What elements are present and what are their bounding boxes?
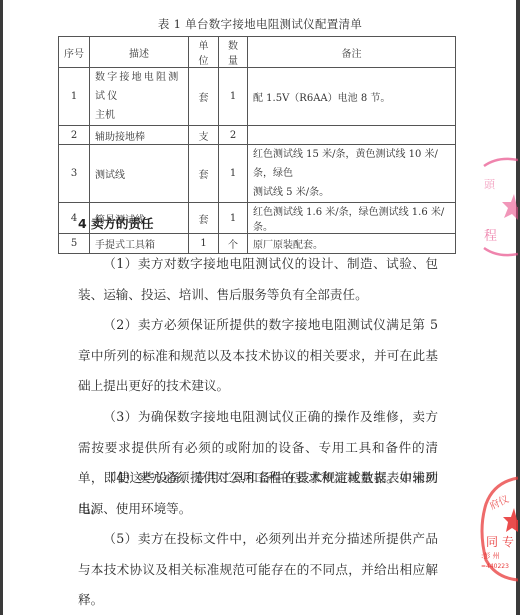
cell-quantity: 1 [219,203,248,234]
cell-remarks: 红色测试线 15 米/条，黄色测试线 10 米/条，绿色测试线 5 米/条。 [248,145,456,203]
cell-description: 数字接地电阻测试仪主机 [90,68,189,126]
cell-remarks [248,126,456,145]
cell-unit: 支 [189,126,219,145]
table-row: 1 数字接地电阻测试仪主机 套 1 配 1.5V（R6AA）电池 8 节。 [59,68,456,126]
cell-description: 测试线 [90,145,189,203]
remarks-line: 测试线 5 米/条。 [253,187,329,198]
cell-unit: 套 [189,68,219,126]
table-header-row: 序号 描述 单位 数量 备注 [59,37,456,68]
scan-edge-left [0,0,3,615]
header-quantity: 数量 [219,37,248,68]
cell-unit: 套 [189,203,219,234]
paragraph-2: （2）卖方必须保证所提供的数字接地电阻测试仪满足第 5 章中所列的标准和规范以及… [78,310,438,402]
cell-quantity: 1 [219,145,248,203]
svg-text:=440223: =440223 [481,563,509,570]
svg-text:府仪: 府仪 [487,492,511,512]
scan-edge-right [516,0,520,615]
table-title: 表 1 单台数字接地电阻测试仪配置清单 [0,16,520,32]
cell-unit: 套 [189,145,219,203]
section-heading: 4 卖方的责任 [78,214,154,232]
desc-line: 主机 [95,110,115,121]
cell-remarks: 配 1.5V（R6AA）电池 8 节。 [248,68,456,126]
cell-no: 2 [59,126,90,145]
company-seal-upper-icon: 頭 程 [478,152,518,262]
cell-no: 1 [59,68,90,126]
paragraph-1: （1）卖方对数字接地电阻测试仪的设计、制造、试验、包装、运输、投运、培训、售后服… [78,249,438,310]
header-remarks: 备注 [248,37,456,68]
table-row: 3 测试线 套 1 红色测试线 15 米/条，黄色测试线 10 米/条，绿色测试… [59,145,456,203]
svg-text:同 专: 同 专 [486,534,514,549]
paragraph-4: （4）卖方必须提供对公用工程的要求和消耗量表。如辅助电源、使用环境等。 [78,463,438,524]
cell-quantity: 1 [219,68,248,126]
header-unit: 单位 [189,37,219,68]
svg-text:頭: 頭 [484,178,496,191]
desc-line: 数字接地电阻测试仪 [95,72,180,102]
cell-remarks: 红色测试线 1.6 米/条，绿色测试线 1.6 米/条。 [248,203,456,234]
cell-no: 3 [59,145,90,203]
cell-description: 辅助接地棒 [90,126,189,145]
company-seal-lower-icon: 府仪 同 专 :彭 州 =440223 [478,470,518,585]
remarks-line: 红色测试线 15 米/条，黄色测试线 10 米/条，绿色 [253,149,438,179]
cell-quantity: 2 [219,126,248,145]
header-description: 描述 [90,37,189,68]
header-no: 序号 [59,37,90,68]
paragraph-5: （5）卖方在投标文件中，必须列出并充分描述所提供产品与本技术协议及相关标准规范可… [78,524,438,615]
svg-text::彭 州: :彭 州 [481,551,500,560]
svg-text:程: 程 [484,229,497,244]
table-row: 2 辅助接地棒 支 2 [59,126,456,145]
